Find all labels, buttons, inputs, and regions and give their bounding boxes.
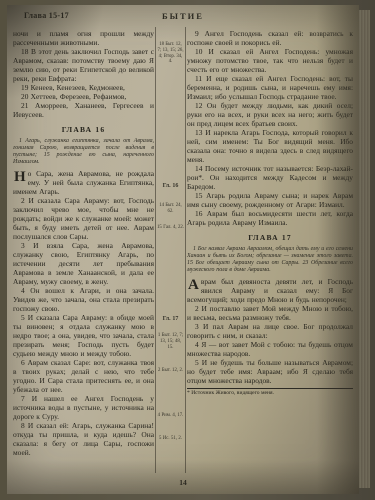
bible-page: Глава 15-17 БЫТИЕ ночи и пламя огня прош… (7, 5, 359, 494)
verse-17-4: 4 Я — вот завет Мой с тобою: ты будешь о… (187, 340, 353, 358)
cross-ref-15-18: 18 Быт. 12, 7; 13, 15; 26, 4; Втор. 34, … (157, 42, 184, 65)
verse-16-10: 10 И сказал ей Ангел Господень: умножая … (187, 47, 353, 74)
verse-16-15: 15 Агарь родила Авраму сына; и нарек Авр… (187, 191, 353, 209)
text-columns: ночи и пламя огня прошли между рассеченн… (7, 27, 359, 473)
book-page-photo: Глава 15-17 БЫТИЕ ночи и пламя огня прош… (0, 0, 375, 500)
verse-16-1-text: о Сара, жена Аврамова, не рождала ему. У… (13, 169, 154, 196)
verse-15-20: 20 Хеттеев, Ферезеев, Рефаимов, (13, 92, 154, 101)
verse-16-6: 6 Аврам сказал Саре: вот, служанка твоя … (13, 358, 154, 394)
verse-16-7: 7 И нашел ее Ангел Господень у источника… (13, 394, 154, 421)
verse-16-8: 8 И сказал ей: Агарь, служанка Сарина! о… (13, 421, 154, 457)
verse-17-3: 3 И пал Аврам на лице свое. Бог продолжа… (187, 322, 353, 340)
cross-ref-17-4: 4 Рим. 4, 17. (157, 413, 184, 419)
verse-16-4: 4 Он вошел к Агари, и она зачала. Увидев… (13, 286, 154, 313)
verse-16-16: 16 Аврам был восьмидесяти шести лет, ког… (187, 209, 353, 227)
cross-ref-ch16-label: Гл. 16 (157, 184, 184, 190)
verse-16-3: 3 И взяла Сара, жена Аврамова, служанку … (13, 241, 154, 286)
verse-17-5: 5 И не будешь ты больше называться Аврам… (187, 358, 353, 385)
page-number: 14 (7, 478, 359, 487)
chapter-17-heading: ГЛАВА 17 (187, 233, 353, 242)
book-title-header: БЫТИЕ (7, 11, 359, 21)
verse-17-1: Аврам был девяноста девяти лет, и Господ… (187, 277, 353, 304)
chapter-16-summary: 1 Агарь, служанка египтянка, зачала от А… (13, 138, 154, 166)
verse-17-1-text: врам был девяноста девяти лет, и Господь… (187, 277, 353, 304)
dropcap-letter: А (188, 278, 199, 292)
right-column: 9 Ангел Господень сказал ей: возвратись … (187, 27, 353, 473)
verse-16-13: 13 И нарекла Агарь Господа, который гово… (187, 128, 353, 164)
cross-ref-16-15: 15 Гал. 4, 22. (157, 225, 184, 231)
verse-15-21: 21 Аморреев, Хананеев, Гергесеев и Иевус… (13, 101, 154, 119)
footnote-beer-lahai-roi: * Источник Живого, видящего меня. (187, 388, 353, 397)
verse-16-9: 9 Ангел Господень сказал ей: возвратись … (187, 29, 353, 47)
cross-ref-17-2: 2 Быт. 12, 2. (157, 368, 184, 374)
cross-ref-16-14: 14 Быт. 24, 62. (157, 203, 184, 215)
verse-16-1: Но Сара, жена Аврамова, не рождала ему. … (13, 169, 154, 196)
verse-15-17-continuation: ночи и пламя огня прошли между рассеченн… (13, 29, 154, 47)
cross-ref-ch17-label: Гл. 17 (157, 317, 184, 323)
chapter-17-summary: 1 Бог назвал Аврама Авраамом, обещал дат… (187, 246, 353, 274)
verse-17-2: 2 И поставлю завет Мой между Мною и тобо… (187, 304, 353, 322)
cross-ref-17-1: 1 Быт. 12, 7; 13, 15; 48, 15. (157, 333, 184, 350)
verse-16-12: 12 Он будет между людьми, как дикий осел… (187, 101, 353, 128)
cross-reference-gutter: 18 Быт. 12, 7; 13, 15; 26, 4; Втор. 34, … (155, 27, 186, 473)
verse-16-11: 11 И еще сказал ей Ангел Господень: вот,… (187, 74, 353, 101)
verse-16-2: 2 И сказала Сара Авраму: вот, Господь за… (13, 196, 154, 241)
verse-15-18: 18 В этот день заключил Господь завет с … (13, 47, 154, 83)
verse-16-14: 14 Посему источник тот называется: Беэр-… (187, 164, 353, 191)
running-header: Глава 15-17 БЫТИЕ (7, 5, 359, 27)
dropcap-letter: Н (14, 170, 26, 184)
cross-ref-17-5: 5 Ис. 51, 2. (157, 436, 184, 442)
verse-16-5: 5 И сказала Сара Авраму: в обиде моей ты… (13, 313, 154, 358)
book-page-stack-edge (358, 10, 370, 488)
chapter-16-heading: ГЛАВА 16 (13, 125, 154, 134)
verse-15-19: 19 Кенеев, Кенезеев, Кедмонеев, (13, 83, 154, 92)
left-column: ночи и пламя огня прошли между рассеченн… (13, 27, 154, 473)
page-content: Глава 15-17 БЫТИЕ ночи и пламя огня прош… (7, 5, 359, 494)
